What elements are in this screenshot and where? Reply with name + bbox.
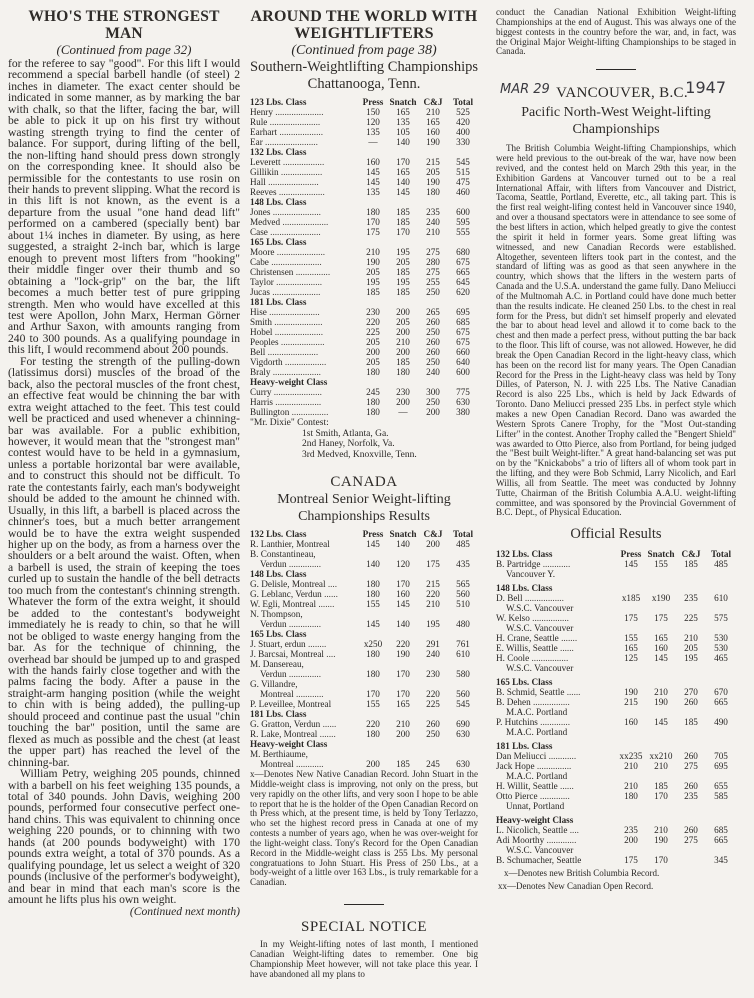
clean-jerk-value: 275: [418, 267, 448, 277]
lifter-affiliation-row: W.S.C. Vancouver: [496, 603, 736, 613]
left-paragraph-2: For testing the strength of the pulling-…: [8, 356, 240, 768]
snatch-value: 200: [388, 347, 418, 357]
empty-cell: [448, 609, 478, 619]
weight-class-name: 148 Lbs. Class: [496, 583, 616, 593]
clean-jerk-value: 190: [418, 177, 448, 187]
total-value: 555: [448, 227, 478, 237]
press-value: 145: [358, 619, 388, 629]
lifter-affiliation-row: M.A.C. Portland: [496, 707, 736, 717]
leader-dots: ......................: [267, 307, 320, 317]
special-notice-text: In my Weight-lifting notes of last month…: [250, 940, 478, 979]
total-value: 600: [448, 367, 478, 377]
clean-jerk-value: 205: [418, 167, 448, 177]
lifter-affiliation-row: Unnat, Portland: [496, 801, 736, 811]
total-value: 380: [448, 407, 478, 417]
empty-cell: [388, 609, 418, 619]
total-value: 485: [706, 559, 736, 569]
press-value: 180: [358, 589, 388, 599]
weight-class-name: 181 Lbs. Class: [250, 297, 358, 307]
press-value: 195: [358, 277, 388, 287]
lifter-row: Cabe ......................190205280675: [250, 257, 478, 267]
total-value: 660: [448, 347, 478, 357]
press-value: 180: [358, 367, 388, 377]
empty-cell: [706, 845, 736, 855]
lifter-affiliation-row: Vancouver Y.: [496, 569, 736, 579]
lifter-name: B. Schmid, Seattle ......: [496, 687, 616, 697]
middle-continued-from: (Continued from page 38): [250, 42, 478, 59]
clean-jerk-value: 260: [676, 825, 706, 835]
lifter-affiliation: Unnat, Portland: [496, 801, 616, 811]
lifter-row-continued: Verdun ..............180170230580: [250, 669, 478, 679]
clean-jerk-value: 195: [676, 653, 706, 663]
empty-cell: [388, 659, 418, 669]
total-value: 485: [448, 539, 478, 549]
lifter-row: N. Thompson,: [250, 609, 478, 619]
empty-cell: [418, 237, 448, 247]
left-paragraph-1: for the referee to say "good". For this …: [8, 58, 240, 356]
press-value: 145: [616, 559, 646, 569]
press-value: 210: [616, 761, 646, 771]
press-value: 165: [616, 643, 646, 653]
leader-dots: ......: [558, 643, 574, 653]
lifter-affiliation: M.A.C. Portland: [496, 771, 616, 781]
weight-class-name: Heavy-weight Class: [250, 739, 358, 749]
lifter-row: Hobel .....................225200250675: [250, 327, 478, 337]
lifter-row: J. Stuart, erdun ........x250220291761: [250, 639, 478, 649]
lifter-row: H. Coole ................125145195465: [496, 653, 736, 663]
leader-dots: ....: [326, 579, 337, 589]
leader-dots: .....................: [271, 387, 322, 397]
leader-dots: ...............: [535, 761, 572, 771]
clean-jerk-value: 235: [418, 207, 448, 217]
leader-dots: ................: [289, 407, 328, 417]
empty-cell: [418, 739, 448, 749]
press-value: 180: [358, 579, 388, 589]
lifter-name: Vigdorth ..................: [250, 357, 358, 367]
total-value: 695: [448, 307, 478, 317]
lifter-name: Jack Hope ...............: [496, 761, 616, 771]
total-value: 530: [706, 643, 736, 653]
empty-cell: [676, 727, 706, 737]
leader-dots: ....................: [277, 187, 325, 197]
clean-jerk-value: 250: [418, 729, 448, 739]
lifter-row: Braly .....................180180240600: [250, 367, 478, 377]
snatch-value: 180: [388, 367, 418, 377]
lifter-affiliation: M.A.C. Portland: [496, 707, 616, 717]
total-value: 545: [448, 699, 478, 709]
lifter-row: G. Delisle, Montreal ....180170215565: [250, 579, 478, 589]
clean-jerk-value: 300: [418, 387, 448, 397]
snatch-value: 160: [388, 589, 418, 599]
lifter-name: Rule ......................: [250, 117, 358, 127]
snatch-value: 165: [388, 167, 418, 177]
empty-cell: [358, 609, 388, 619]
lifter-name: Henry .....................: [250, 107, 358, 117]
leader-dots: ......: [322, 589, 338, 599]
empty-cell: [418, 197, 448, 207]
clean-jerk-value: 250: [418, 327, 448, 337]
leader-dots: ..................: [283, 357, 327, 367]
press-value: 170: [358, 689, 388, 699]
weight-class-name: 181 Lbs. Class: [496, 741, 616, 751]
lifter-row: Peoples ...................205210260675: [250, 337, 478, 347]
lifter-name: Smith .....................: [250, 317, 358, 327]
snatch-value: 190: [646, 697, 676, 707]
lifter-row: Moore .....................210195275680: [250, 247, 478, 257]
column-header: Total: [706, 549, 736, 559]
empty-cell: [706, 569, 736, 579]
total-value: 565: [448, 579, 478, 589]
lifter-row-continued: Verdun ..............145140195480: [250, 619, 478, 629]
total-value: 530: [706, 633, 736, 643]
empty-cell: [646, 707, 676, 717]
leader-dots: ...................: [279, 337, 325, 347]
total-value: 705: [706, 751, 736, 761]
total-value: 675: [448, 327, 478, 337]
special-notice-title: SPECIAL NOTICE: [250, 917, 478, 937]
leader-dots: .............: [544, 835, 576, 845]
lifter-row: M. Berthiaume,: [250, 749, 478, 759]
empty-cell: [676, 603, 706, 613]
press-value: 155: [616, 633, 646, 643]
lifter-affiliation: W.S.C. Vancouver: [496, 603, 616, 613]
total-value: 775: [448, 387, 478, 397]
press-value: 150: [358, 107, 388, 117]
press-value: x185: [616, 593, 646, 603]
total-value: 515: [448, 167, 478, 177]
divider-rule: [596, 69, 636, 70]
total-value: 655: [706, 781, 736, 791]
lifter-name: B. Partridge ............: [496, 559, 616, 569]
empty-cell: [388, 237, 418, 247]
lifter-name: Hall ......................: [250, 177, 358, 187]
empty-cell: [448, 739, 478, 749]
empty-cell: [388, 629, 418, 639]
lifter-name: Braly .....................: [250, 367, 358, 377]
empty-cell: [448, 147, 478, 157]
snatch-value: 185: [388, 759, 418, 769]
column-header: Total: [448, 97, 478, 107]
lifter-name: Medved ....................: [250, 217, 358, 227]
empty-cell: [706, 663, 736, 673]
lifter-row: Christensen ...............205185275665: [250, 267, 478, 277]
empty-cell: [646, 603, 676, 613]
montreal-title-line2: Championships Results: [250, 508, 478, 525]
empty-cell: [418, 549, 448, 559]
press-value: 180: [358, 397, 388, 407]
empty-cell: [358, 749, 388, 759]
total-value: 600: [448, 207, 478, 217]
lifter-row: Vigdorth ..................205185250640: [250, 357, 478, 367]
left-article-body: for the referee to say "good". For this …: [8, 58, 240, 906]
press-value: 200: [616, 835, 646, 845]
clean-jerk-value: 230: [418, 669, 448, 679]
total-value: 510: [448, 599, 478, 609]
empty-cell: [358, 659, 388, 669]
leader-dots: .............: [538, 791, 570, 801]
empty-cell: [358, 629, 388, 639]
press-value: 180: [358, 669, 388, 679]
total-value: 610: [448, 649, 478, 659]
lifter-row: Hise ......................230200265695: [250, 307, 478, 317]
empty-cell: [448, 377, 478, 387]
lifter-name: W. Egli, Montreal .......: [250, 599, 358, 609]
empty-cell: [388, 709, 418, 719]
lifter-affiliation-row: W.S.C. Vancouver: [496, 623, 736, 633]
empty-cell: [388, 297, 418, 307]
total-value: 685: [448, 317, 478, 327]
snatch-value: 190: [646, 835, 676, 845]
clean-jerk-value: 265: [418, 307, 448, 317]
clean-jerk-value: 210: [418, 107, 448, 117]
lifter-row: G. Gratton, Verdun ......220210260690: [250, 719, 478, 729]
total-value: 490: [706, 717, 736, 727]
leader-dots: .......: [317, 729, 335, 739]
press-value: 160: [358, 157, 388, 167]
clean-jerk-value: 210: [418, 599, 448, 609]
lifter-name: B. Dehen ................: [496, 697, 616, 707]
empty-cell: [706, 583, 736, 593]
southern-championships-title: Southern-Weightlifting Championships: [250, 59, 478, 76]
canada-heading: CANADA: [250, 474, 478, 491]
leader-dots: ..............: [287, 619, 321, 629]
snatch-value: x190: [646, 593, 676, 603]
lifter-name: Christensen ...............: [250, 267, 358, 277]
lifter-row: W. Egli, Montreal .......155145210510: [250, 599, 478, 609]
lifter-name: Hobel .....................: [250, 327, 358, 337]
snatch-value: 165: [646, 633, 676, 643]
weight-class-row: 123 Lbs. ClassPressSnatchC&JTotal: [250, 97, 478, 107]
leader-dots: ............: [294, 759, 324, 769]
weight-class-name: 181 Lbs. Class: [250, 709, 358, 719]
weight-class-row: 148 Lbs. Class: [250, 569, 478, 579]
mr-dixie-1st: 1st Smith, Atlanta, Ga.: [250, 429, 478, 440]
lifter-name: Hise ......................: [250, 307, 358, 317]
clean-jerk-value: 270: [676, 687, 706, 697]
lifter-row: Jack Hope ...............210210275695: [496, 761, 736, 771]
leader-dots: ....................: [274, 277, 322, 287]
empty-cell: [448, 749, 478, 759]
lifter-affiliation-row: W.S.C. Vancouver: [496, 663, 736, 673]
southern-results-table: 123 Lbs. ClassPressSnatchC&JTotalHenry .…: [250, 97, 478, 417]
lifter-affiliation: W.S.C. Vancouver: [496, 845, 616, 855]
snatch-value: 220: [388, 639, 418, 649]
column-header: Snatch: [646, 549, 676, 559]
press-value: 180: [358, 649, 388, 659]
total-value: 685: [706, 825, 736, 835]
empty-cell: [358, 147, 388, 157]
mr-dixie-contest: "Mr. Dixie" Contest: 1st Smith, Atlanta,…: [250, 418, 478, 460]
lifter-row-continued: Verdun ..............140120175435: [250, 559, 478, 569]
lifter-name: L. Nicolich, Seattle ....: [496, 825, 616, 835]
lifter-city: Verdun ..............: [250, 619, 358, 629]
official-results-title: Official Results: [496, 526, 736, 543]
lifter-row: B. Dehen ................215190260665: [496, 697, 736, 707]
weight-class-row: Heavy-weight Class: [250, 739, 478, 749]
lifter-row: J. Barcsai, Montreal ....180190240610: [250, 649, 478, 659]
empty-cell: [418, 147, 448, 157]
lifter-row: Leverett ..................160170215545: [250, 157, 478, 167]
clean-jerk-value: 260: [676, 781, 706, 791]
vancouver-heading: MAR 29 VANCOUVER, B.C. 1947: [496, 80, 736, 104]
lifter-row: R. Lake, Montreal .......180200250630: [250, 729, 478, 739]
clean-jerk-value: 275: [418, 247, 448, 257]
empty-cell: [358, 297, 388, 307]
lifter-row: Reeves ....................135145180460: [250, 187, 478, 197]
total-value: 680: [448, 247, 478, 257]
snatch-value: 205: [388, 317, 418, 327]
middle-column: AROUND THE WORLD WITH WEIGHTLIFTERS (Con…: [250, 0, 478, 980]
leader-dots: ..................: [279, 167, 323, 177]
press-value: 180: [358, 407, 388, 417]
lifter-name: Taylor ....................: [250, 277, 358, 287]
empty-cell: [358, 569, 388, 579]
empty-cell: [676, 741, 706, 751]
snatch-value: xx210: [646, 751, 676, 761]
press-value: 190: [358, 257, 388, 267]
total-value: 620: [448, 287, 478, 297]
snatch-value: 200: [388, 397, 418, 407]
clean-jerk-value: 250: [418, 397, 448, 407]
total-value: 525: [448, 107, 478, 117]
snatch-value: 170: [388, 227, 418, 237]
mr-dixie-label: "Mr. Dixie" Contest:: [250, 418, 478, 429]
press-value: 120: [358, 117, 388, 127]
snatch-value: 165: [388, 107, 418, 117]
lifter-name: G. Leblanc, Verdun ......: [250, 589, 358, 599]
lifter-name: Adi Moorthy .............: [496, 835, 616, 845]
lifter-row: H. Crane, Seattle .......155165210530: [496, 633, 736, 643]
empty-cell: [418, 569, 448, 579]
leader-dots: ....................: [280, 217, 328, 227]
empty-cell: [706, 623, 736, 633]
snatch-value: 105: [388, 127, 418, 137]
leader-dots: .......................: [263, 137, 318, 147]
clean-jerk-value: 235: [676, 791, 706, 801]
leader-dots: ...................: [277, 127, 323, 137]
empty-cell: [646, 771, 676, 781]
press-value: 205: [358, 357, 388, 367]
total-value: 670: [706, 687, 736, 697]
lifter-row: B. Partridge ............145155185485: [496, 559, 736, 569]
lifter-name: H. Coole ................: [496, 653, 616, 663]
lifter-row: L. Nicolich, Seattle ....235210260685: [496, 825, 736, 835]
special-notice-body: In my Weight-lifting notes of last month…: [250, 940, 478, 979]
montreal-results-table: 132 Lbs. ClassPressSnatchC&JTotalR. Lant…: [250, 529, 478, 769]
lifter-row: M. Dansereau,: [250, 659, 478, 669]
lifter-name: N. Thompson,: [250, 609, 358, 619]
empty-cell: [676, 677, 706, 687]
empty-cell: [388, 147, 418, 157]
total-value: 630: [448, 729, 478, 739]
lifter-row: Smith .....................220205260685: [250, 317, 478, 327]
lifter-affiliation-row: W.S.C. Vancouver: [496, 845, 736, 855]
lifter-row: R. Lanthier, Montreal 145140200485: [250, 539, 478, 549]
total-value: 585: [706, 791, 736, 801]
empty-cell: [388, 549, 418, 559]
snatch-value: 195: [388, 247, 418, 257]
lifter-row: G. Leblanc, Verdun ......180160220560: [250, 589, 478, 599]
lifter-row: Ear .......................—140190330: [250, 137, 478, 147]
empty-cell: [676, 707, 706, 717]
total-value: 575: [706, 613, 736, 623]
snatch-value: 170: [646, 855, 676, 865]
leader-dots: ..................: [281, 157, 325, 167]
weight-class-name: 148 Lbs. Class: [250, 197, 358, 207]
clean-jerk-value: 200: [418, 407, 448, 417]
clean-jerk-value: 210: [676, 633, 706, 643]
lifter-name: J. Barcsai, Montreal ....: [250, 649, 358, 659]
lifter-row: Curry .....................245230300775: [250, 387, 478, 397]
empty-cell: [418, 297, 448, 307]
snatch-value: 185: [388, 267, 418, 277]
empty-cell: [418, 709, 448, 719]
middle-article-title-line2: WEIGHTLIFTERS: [250, 25, 478, 42]
empty-cell: [616, 623, 646, 633]
total-value: 665: [706, 835, 736, 845]
press-value: 245: [358, 387, 388, 397]
snatch-value: 210: [646, 687, 676, 697]
weight-class-name: 123 Lbs. Class: [250, 97, 358, 107]
snatch-value: 170: [388, 669, 418, 679]
press-value: x250: [358, 639, 388, 649]
clean-jerk-value: 260: [418, 347, 448, 357]
canada-note: x—Denotes New Native Canadian Record. Jo…: [250, 770, 478, 888]
left-paragraph-3: William Petry, weighing 205 pounds, chin…: [8, 768, 240, 905]
snatch-value: 145: [646, 717, 676, 727]
press-value: 145: [358, 167, 388, 177]
snatch-value: 185: [388, 207, 418, 217]
vancouver-title: VANCOUVER, B.C.: [556, 85, 688, 101]
empty-cell: [448, 297, 478, 307]
lifter-row: B. Schmid, Seattle ......190210270670: [496, 687, 736, 697]
lifter-row: B. Schumacher, Seattle 175170345: [496, 855, 736, 865]
empty-cell: [358, 549, 388, 559]
press-value: 175: [616, 613, 646, 623]
leader-dots: .....................: [272, 327, 323, 337]
clean-jerk-value: 190: [418, 137, 448, 147]
lifter-row: Harris ....................180200250630: [250, 397, 478, 407]
clean-jerk-value: 260: [676, 697, 706, 707]
weight-class-name: 165 Lbs. Class: [496, 677, 616, 687]
weight-class-name: 165 Lbs. Class: [250, 237, 358, 247]
weight-class-row: 165 Lbs. Class: [496, 677, 736, 687]
total-value: 560: [448, 589, 478, 599]
total-value: 645: [448, 277, 478, 287]
total-value: 640: [448, 357, 478, 367]
lifter-row: G. Villandre,: [250, 679, 478, 689]
clean-jerk-value: 275: [676, 835, 706, 845]
lifter-name: Harris ....................: [250, 397, 358, 407]
right-column: conduct the Canadian National Exhibition…: [496, 0, 736, 892]
lifter-name: W. Kelso ................: [496, 613, 616, 623]
snatch-value: 200: [388, 729, 418, 739]
snatch-value: 185: [388, 287, 418, 297]
total-value: 690: [448, 719, 478, 729]
leader-dots: ..............: [287, 669, 321, 679]
lifter-affiliation: W.S.C. Vancouver: [496, 623, 616, 633]
total-value: 465: [706, 653, 736, 663]
canada-note-text: x—Denotes New Native Canadian Record. Jo…: [250, 770, 478, 888]
press-value: 185: [358, 287, 388, 297]
empty-cell: [706, 741, 736, 751]
press-value: 125: [616, 653, 646, 663]
total-value: 675: [448, 337, 478, 347]
press-value: 190: [616, 687, 646, 697]
empty-cell: [448, 709, 478, 719]
lifter-name: B. Schumacher, Seattle: [496, 855, 616, 865]
lifter-city: Montreal ............: [250, 689, 358, 699]
